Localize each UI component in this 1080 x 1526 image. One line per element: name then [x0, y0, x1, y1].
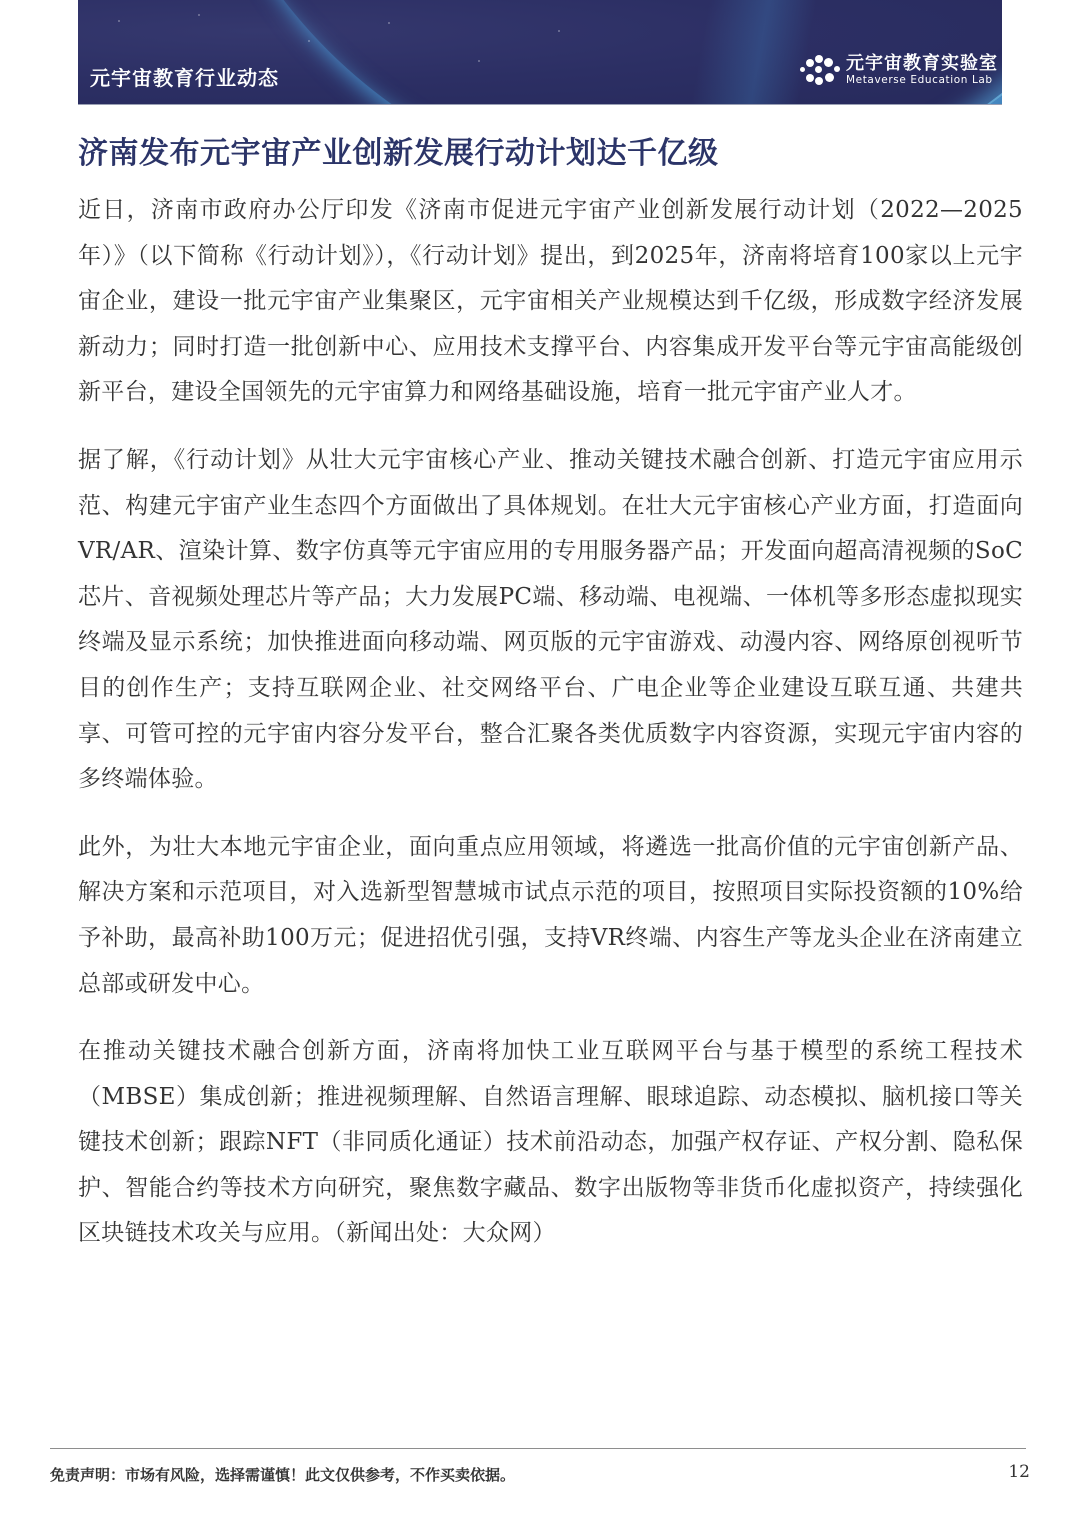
article-paragraph: 此外，为壮大本地元宇宙企业，面向重点应用领域，将遴选一批高价值的元宇宙创新产品、… [78, 825, 1023, 1007]
dots-cluster-logo-icon [798, 54, 842, 86]
lab-logo: 元宇宙教育实验室 Metaverse Education Lab [798, 54, 998, 86]
star-decoration [308, 40, 310, 42]
star-decoration [558, 30, 560, 32]
logo-name-en: Metaverse Education Lab [846, 74, 998, 86]
page-number: 12 [1008, 1462, 1030, 1482]
article-body: 近日，济南市政府办公厅印发《济南市促进元宇宙产业创新发展行动计划（2022—20… [78, 188, 1023, 1279]
star-decoration [478, 60, 480, 62]
star-decoration [118, 20, 120, 22]
disclaimer-text: 免责声明：市场有风险，选择需谨慎！此文仅供参考，不作买卖依据。 [50, 1464, 515, 1485]
article-paragraph: 据了解，《行动计划》从壮大元宇宙核心产业、推动关键技术融合创新、打造元宇宙应用示… [78, 438, 1023, 803]
section-title: 元宇宙教育行业动态 [90, 62, 279, 91]
article-paragraph: 近日，济南市政府办公厅印发《济南市促进元宇宙产业创新发展行动计划（2022—20… [78, 188, 1023, 416]
logo-name-cn: 元宇宙教育实验室 [846, 54, 998, 74]
star-decoration [198, 14, 200, 16]
article-paragraph: 在推动关键技术融合创新方面，济南将加快工业互联网平台与基于模型的系统工程技术（M… [78, 1029, 1023, 1257]
banner-glow [638, 0, 858, 104]
star-decoration [388, 22, 390, 24]
footer-divider [50, 1448, 1026, 1449]
header-banner: 元宇宙教育行业动态 元宇宙教育实验室 Metaverse Education L… [78, 0, 1002, 105]
article-title: 济南发布元宇宙产业创新发展行动计划达千亿级 [78, 128, 719, 172]
